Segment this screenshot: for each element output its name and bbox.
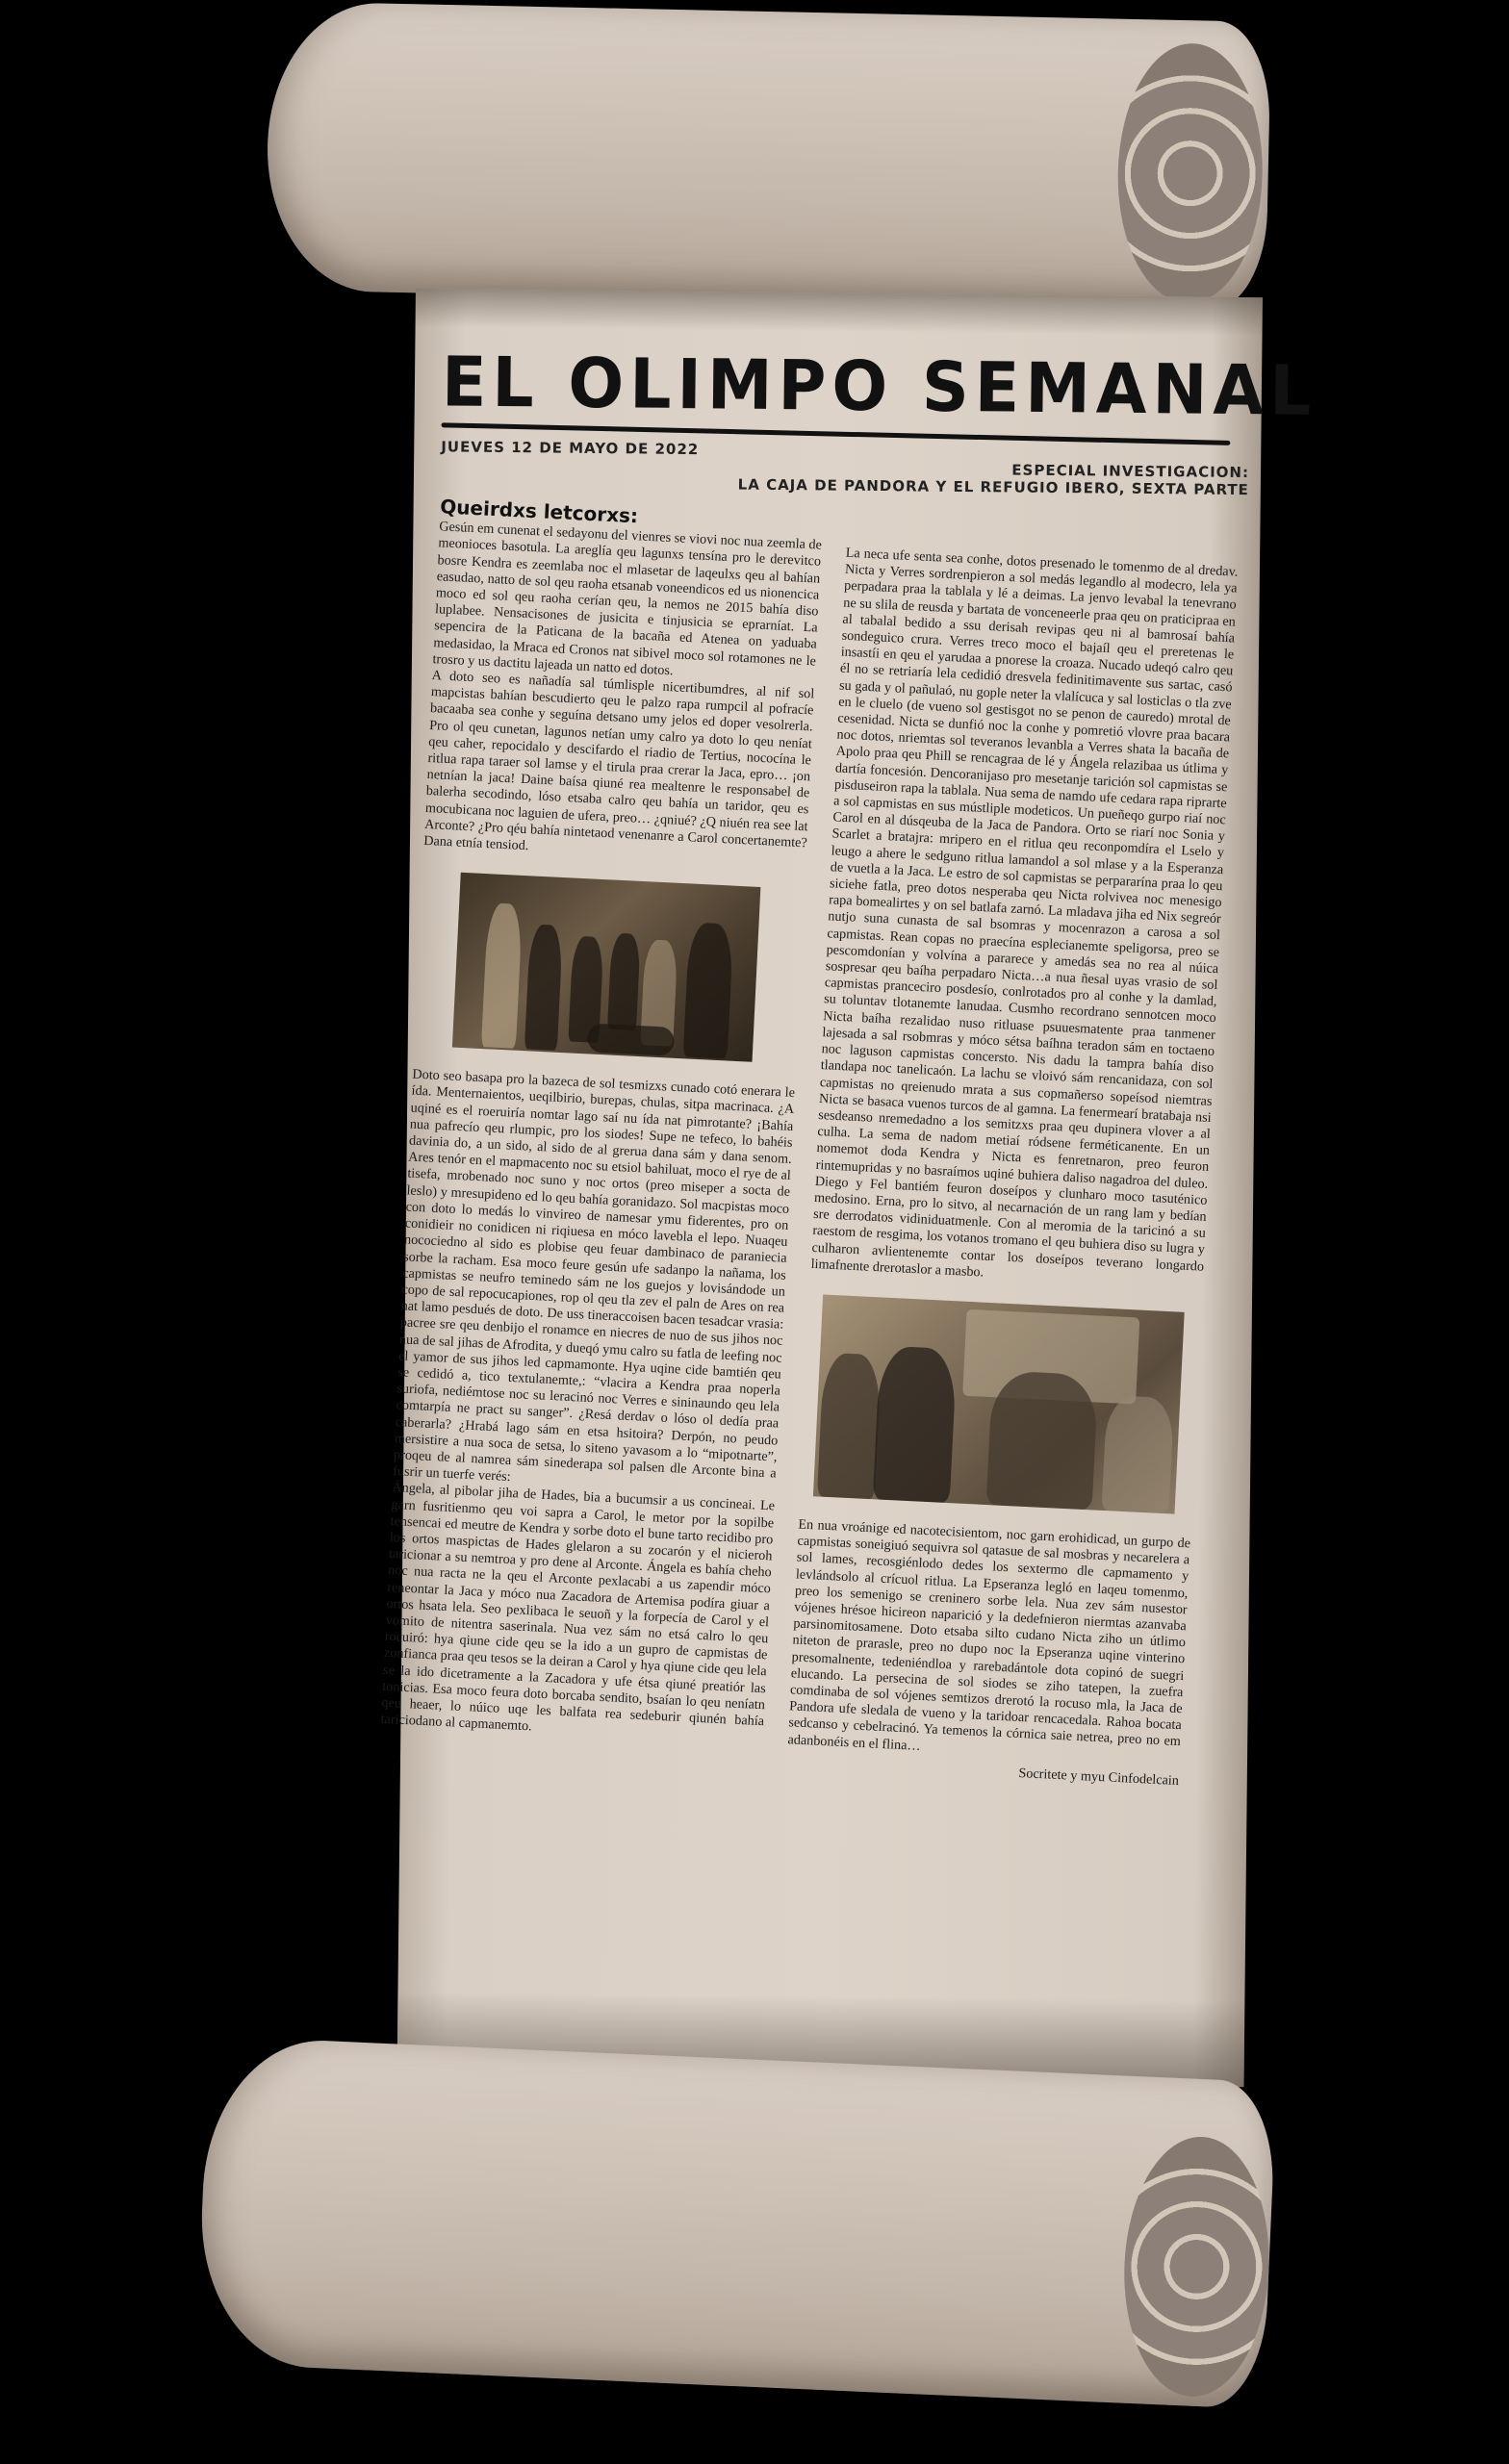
paragraph: En nua vroánige ed nacotecisientom, noc … [787, 1516, 1190, 1766]
special-section-header: ESPECIAL INVESTIGACION: LA CAJA DE PANDO… [441, 455, 1249, 498]
scroll-bottom-roll [195, 2036, 1277, 2409]
left-column: Queirdxs letcorxs: Gesún em cunenat el s… [380, 498, 823, 1746]
paragraph: La neca ufe senta sea conhe, dotos prese… [810, 546, 1238, 1292]
right-column: La neca ufe senta sea conhe, dotos prese… [786, 546, 1239, 1790]
paragraph: Gesún em cunenat el sedayonu del vienres… [432, 519, 822, 686]
roll-shadow [416, 289, 1263, 336]
spiral-icon [1115, 42, 1266, 305]
paragraph: A doto seo es nañadía sal túmlisple nice… [423, 668, 815, 868]
people-outdoor-photo [813, 1294, 1185, 1513]
newspaper-sheet: EL OLIMPO SEMANAL JUEVES 12 DE MAYO DE 2… [397, 289, 1263, 2087]
scroll-top-roll [265, 1, 1271, 311]
spiral-icon [1119, 2134, 1275, 2400]
newspaper-title: EL OLIMPO SEMANAL [442, 343, 1251, 432]
paragraph: Doto seo basapa pro la bazeca de sol tes… [393, 1067, 796, 1499]
paragraph: Ángela, al pibolar jiha de Hades, bia a … [380, 1480, 775, 1746]
masthead: EL OLIMPO SEMANAL JUEVES 12 DE MAYO DE 2… [441, 344, 1251, 498]
group-night-photo [452, 873, 761, 1062]
